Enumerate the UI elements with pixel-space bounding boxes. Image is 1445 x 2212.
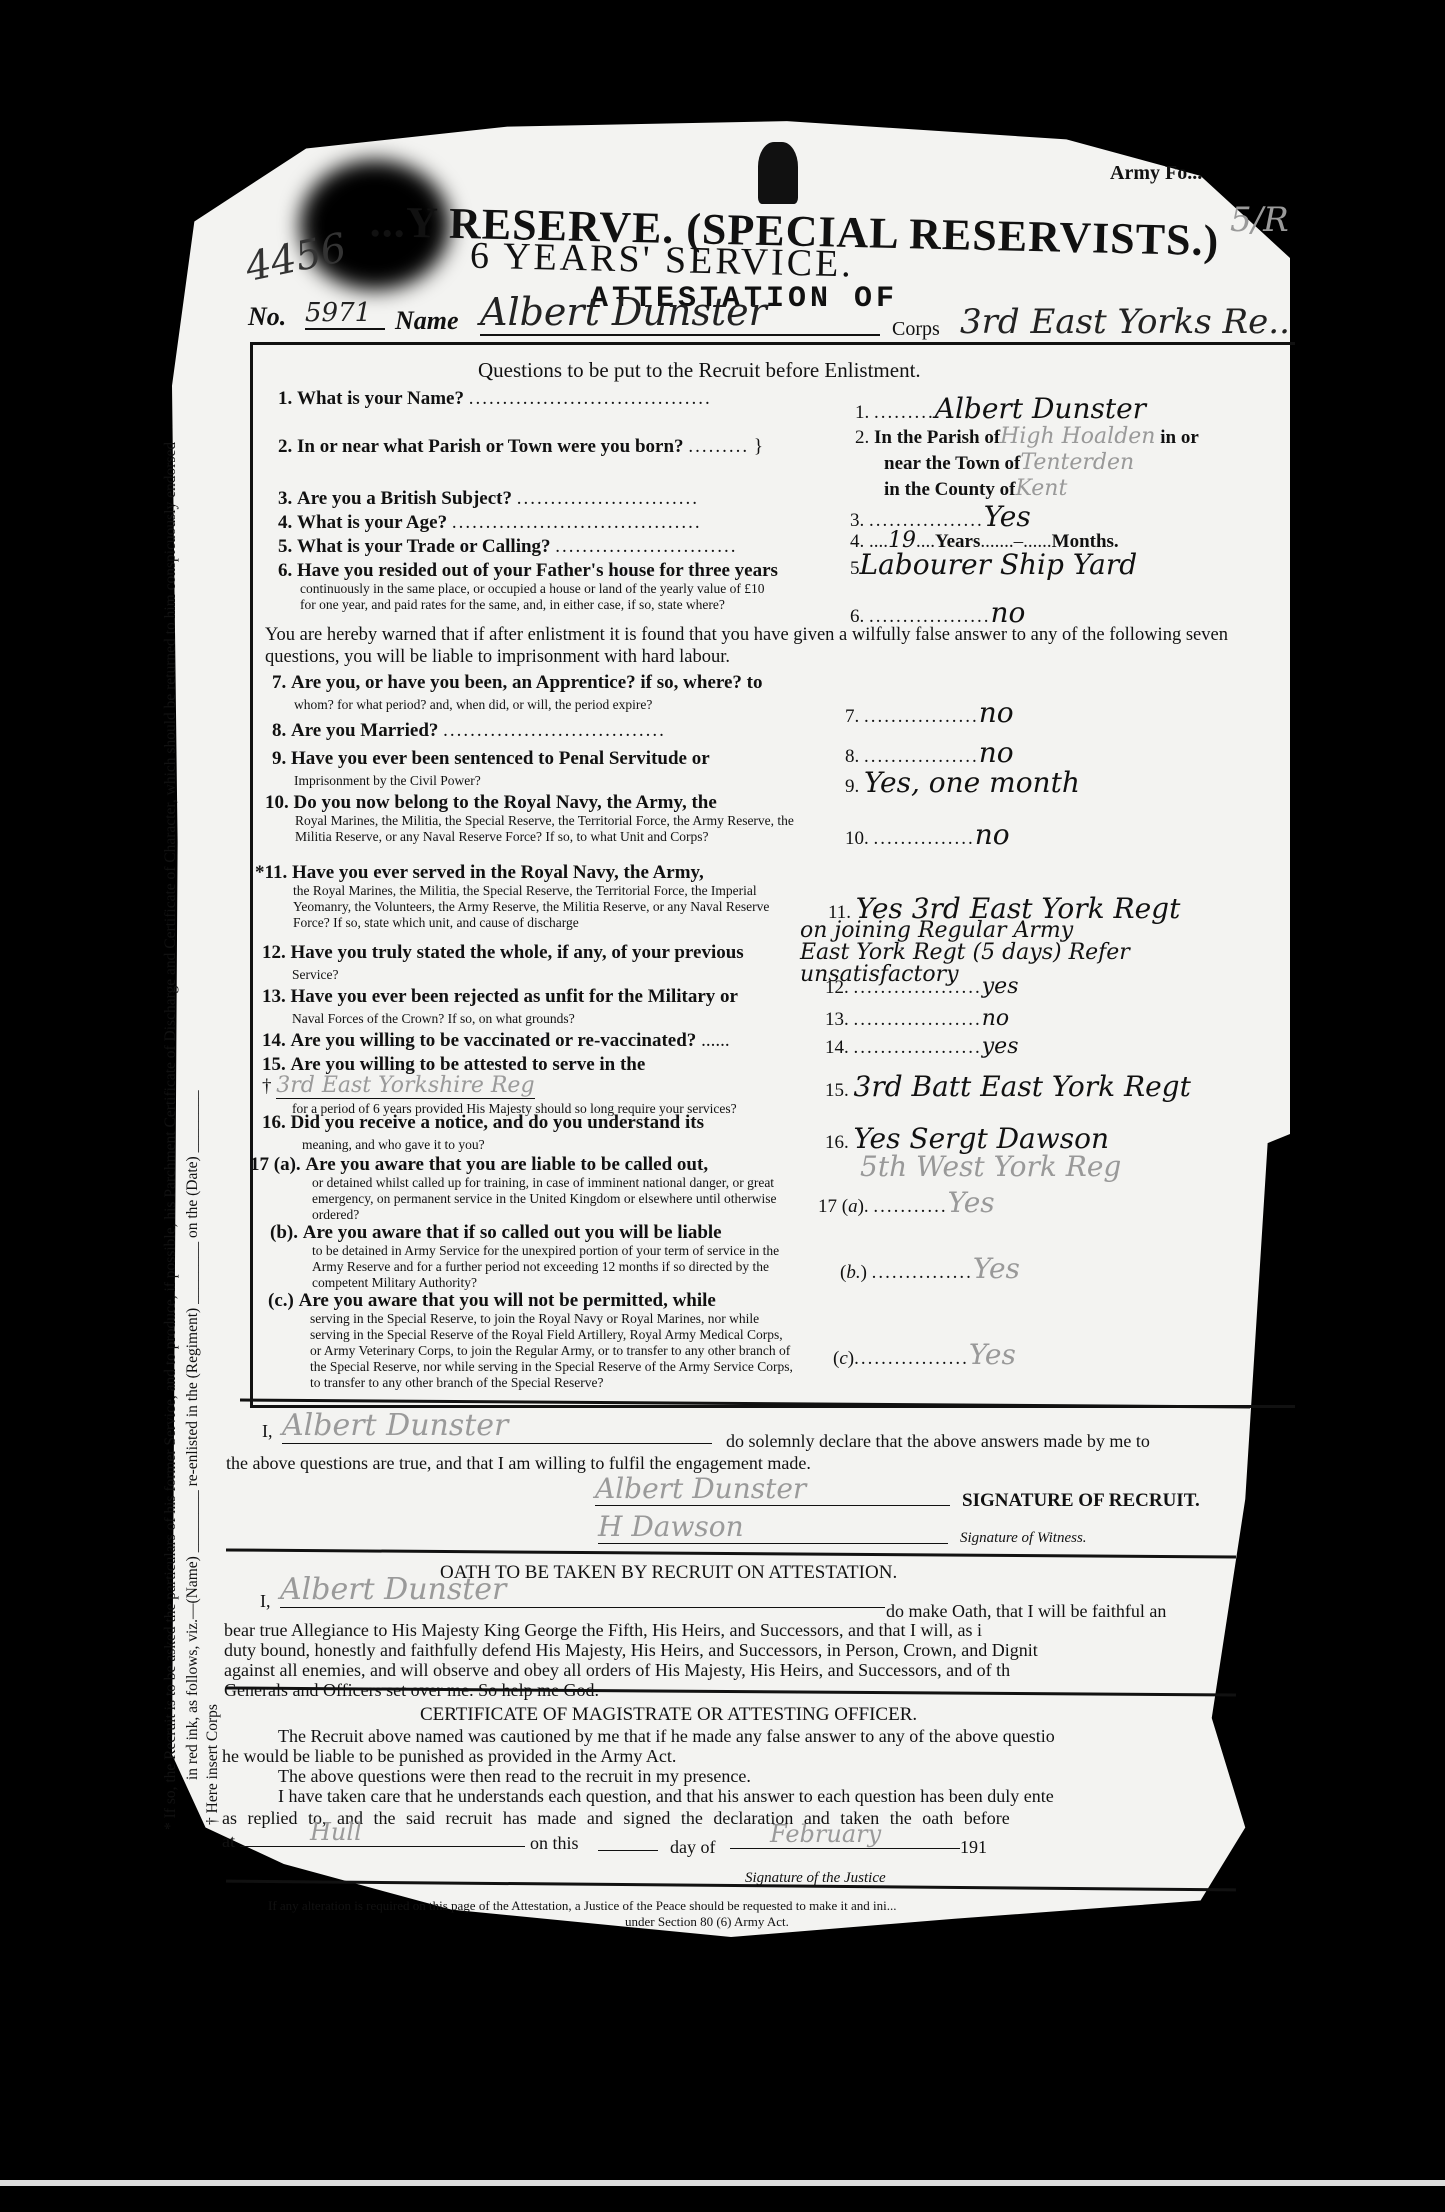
corner-mark: 5/R [1230, 200, 1289, 240]
form-subtitle: 6 YEARS' SERVICE. [470, 234, 855, 287]
declaration-text-1: do solemnly declare that the above answe… [726, 1430, 1150, 1452]
year-label: 191 [960, 1836, 987, 1858]
answer-8: 8. .................no [845, 736, 1014, 769]
day-of-label: day of [670, 1836, 715, 1858]
answer-2-county: in the County ofKent [884, 476, 1067, 501]
declaration-prefix: I, [262, 1420, 273, 1442]
recruit-signature-label: SIGNATURE OF RECRUIT. [962, 1490, 1200, 1512]
declaration-name: Albert Dunster [282, 1408, 712, 1444]
question-13: 13. Have you ever been rejected as unfit… [262, 986, 792, 1028]
question-17a: 17 (a). Are you aware that you are liabl… [250, 1154, 795, 1223]
question-6: 6. Have you resided out of your Father's… [278, 560, 778, 613]
scan-edge-line [0, 2180, 1445, 2186]
certificate-line-1: The Recruit above named was cautioned by… [278, 1726, 1055, 1746]
at-label: at [222, 1830, 235, 1852]
answer-17b: (b.) ...............Yes [840, 1252, 1020, 1285]
question-3: 3. Are you a British Subject? ..........… [278, 488, 699, 509]
oath-name: Albert Dunster [280, 1572, 885, 1608]
witness-signature-label: Signature of Witness. [960, 1530, 1087, 1547]
corps-label: Corps [892, 318, 940, 341]
oath-text-2: bear true Allegiance to His Majesty King… [224, 1620, 982, 1640]
attestation-place: Hull [240, 1818, 525, 1847]
recruit-name: Albert Dunster [480, 290, 880, 336]
false-answer-warning: You are hereby warned that if after enli… [265, 624, 1265, 668]
witness-signature: H Dawson [598, 1510, 948, 1544]
question-9: 9. Have you ever been sentenced to Penal… [272, 748, 792, 790]
name-label: Name [395, 306, 459, 336]
answer-16-line-2: 5th West York Reg [860, 1150, 1121, 1183]
certificate-line-2: he would be liable to be punished as pro… [222, 1746, 676, 1766]
question-4: 4. What is your Age? ...................… [278, 512, 702, 533]
service-number: 5971 [305, 298, 385, 330]
day-field [598, 1850, 658, 1851]
oath-text-3: duty bound, honestly and faithfully defe… [224, 1640, 1038, 1660]
margin-note-line-2: in red ink, as follows, viz.—(Name) ____… [184, 1090, 202, 1780]
question-8: 8. Are you Married? ....................… [272, 720, 666, 741]
answer-12: 12. ...................yes [825, 974, 1019, 999]
on-this-label: on this [530, 1832, 579, 1854]
answer-14: 14. ...................yes [825, 1034, 1019, 1059]
margin-note-line-1: * If so, the Recruit is to be asked the … [162, 442, 180, 1830]
certificate-heading: CERTIFICATE OF MAGISTRATE OR ATTESTING O… [420, 1704, 917, 1726]
question-7: 7. Are you, or have you been, an Apprent… [272, 672, 792, 714]
form-reference: Army Fo... [1110, 162, 1202, 185]
corps-value: 3rd East Yorks Re... [960, 302, 1290, 344]
recruit-signature: Albert Dunster [595, 1472, 950, 1506]
number-label: No. [248, 302, 286, 332]
questions-heading: Questions to be put to the Recruit befor… [478, 358, 921, 383]
question-11: *11. Have you ever served in the Royal N… [255, 862, 795, 931]
question-2: 2. In or near what Parish or Town were y… [278, 436, 763, 457]
certificate-line-3: The above questions were then read to th… [278, 1766, 751, 1786]
question-15: 15. Are you willing to be attested to se… [262, 1054, 792, 1118]
answer-2-town: near the Town ofTenterden [884, 450, 1134, 475]
answer-17c: (c).................Yes [833, 1338, 1016, 1371]
answer-5: 5Labourer Ship Yard [850, 548, 1137, 581]
question-17c: (c.) Are you aware that you will not be … [268, 1290, 795, 1391]
alteration-note: If any alteration is required on this pa… [268, 1898, 897, 1914]
oath-text-1: do make Oath, that I will be faithful an [886, 1600, 1166, 1622]
oath-text-4: against all enemies, and will observe an… [224, 1660, 1010, 1680]
question-10: 10. Do you now belong to the Royal Navy,… [265, 792, 795, 845]
answer-9: 9. Yes, one month [845, 766, 1080, 799]
oath-prefix: I, [260, 1590, 271, 1612]
answer-1: 1. .........Albert Dunster [855, 392, 1146, 425]
alteration-note-section: under Section 80 (6) Army Act. [625, 1914, 789, 1930]
margin-note-line-3: † Here insert Corps [204, 1704, 222, 1825]
declaration-text-2: the above questions are true, and that I… [226, 1452, 811, 1474]
attestation-month: February [730, 1820, 960, 1849]
answer-17a: 17 (a). ...........Yes [818, 1186, 995, 1219]
answer-13: 13. ...................no [825, 1006, 1009, 1031]
question-14: 14. Are you willing to be vaccinated or … [262, 1030, 730, 1051]
answer-10: 10. ...............no [845, 818, 1010, 851]
answer-15: 15. 3rd Batt East York Regt [825, 1070, 1191, 1103]
royal-crest-icon [758, 142, 798, 204]
question-17b: (b). Are you aware that if so called out… [270, 1222, 795, 1291]
question-1: 1. What is your Name? ..................… [278, 388, 712, 409]
question-12: 12. Have you truly stated the whole, if … [262, 942, 792, 984]
answer-2-parish: 2. In the Parish ofHigh Hoalden in or [855, 424, 1199, 449]
question-16: 16. Did you receive a notice, and do you… [262, 1112, 792, 1154]
question-5: 5. What is your Trade or Calling? ......… [278, 536, 738, 557]
certificate-line-4: I have taken care that he understands ea… [278, 1786, 1054, 1806]
answer-7: 7. .................no [845, 696, 1014, 729]
